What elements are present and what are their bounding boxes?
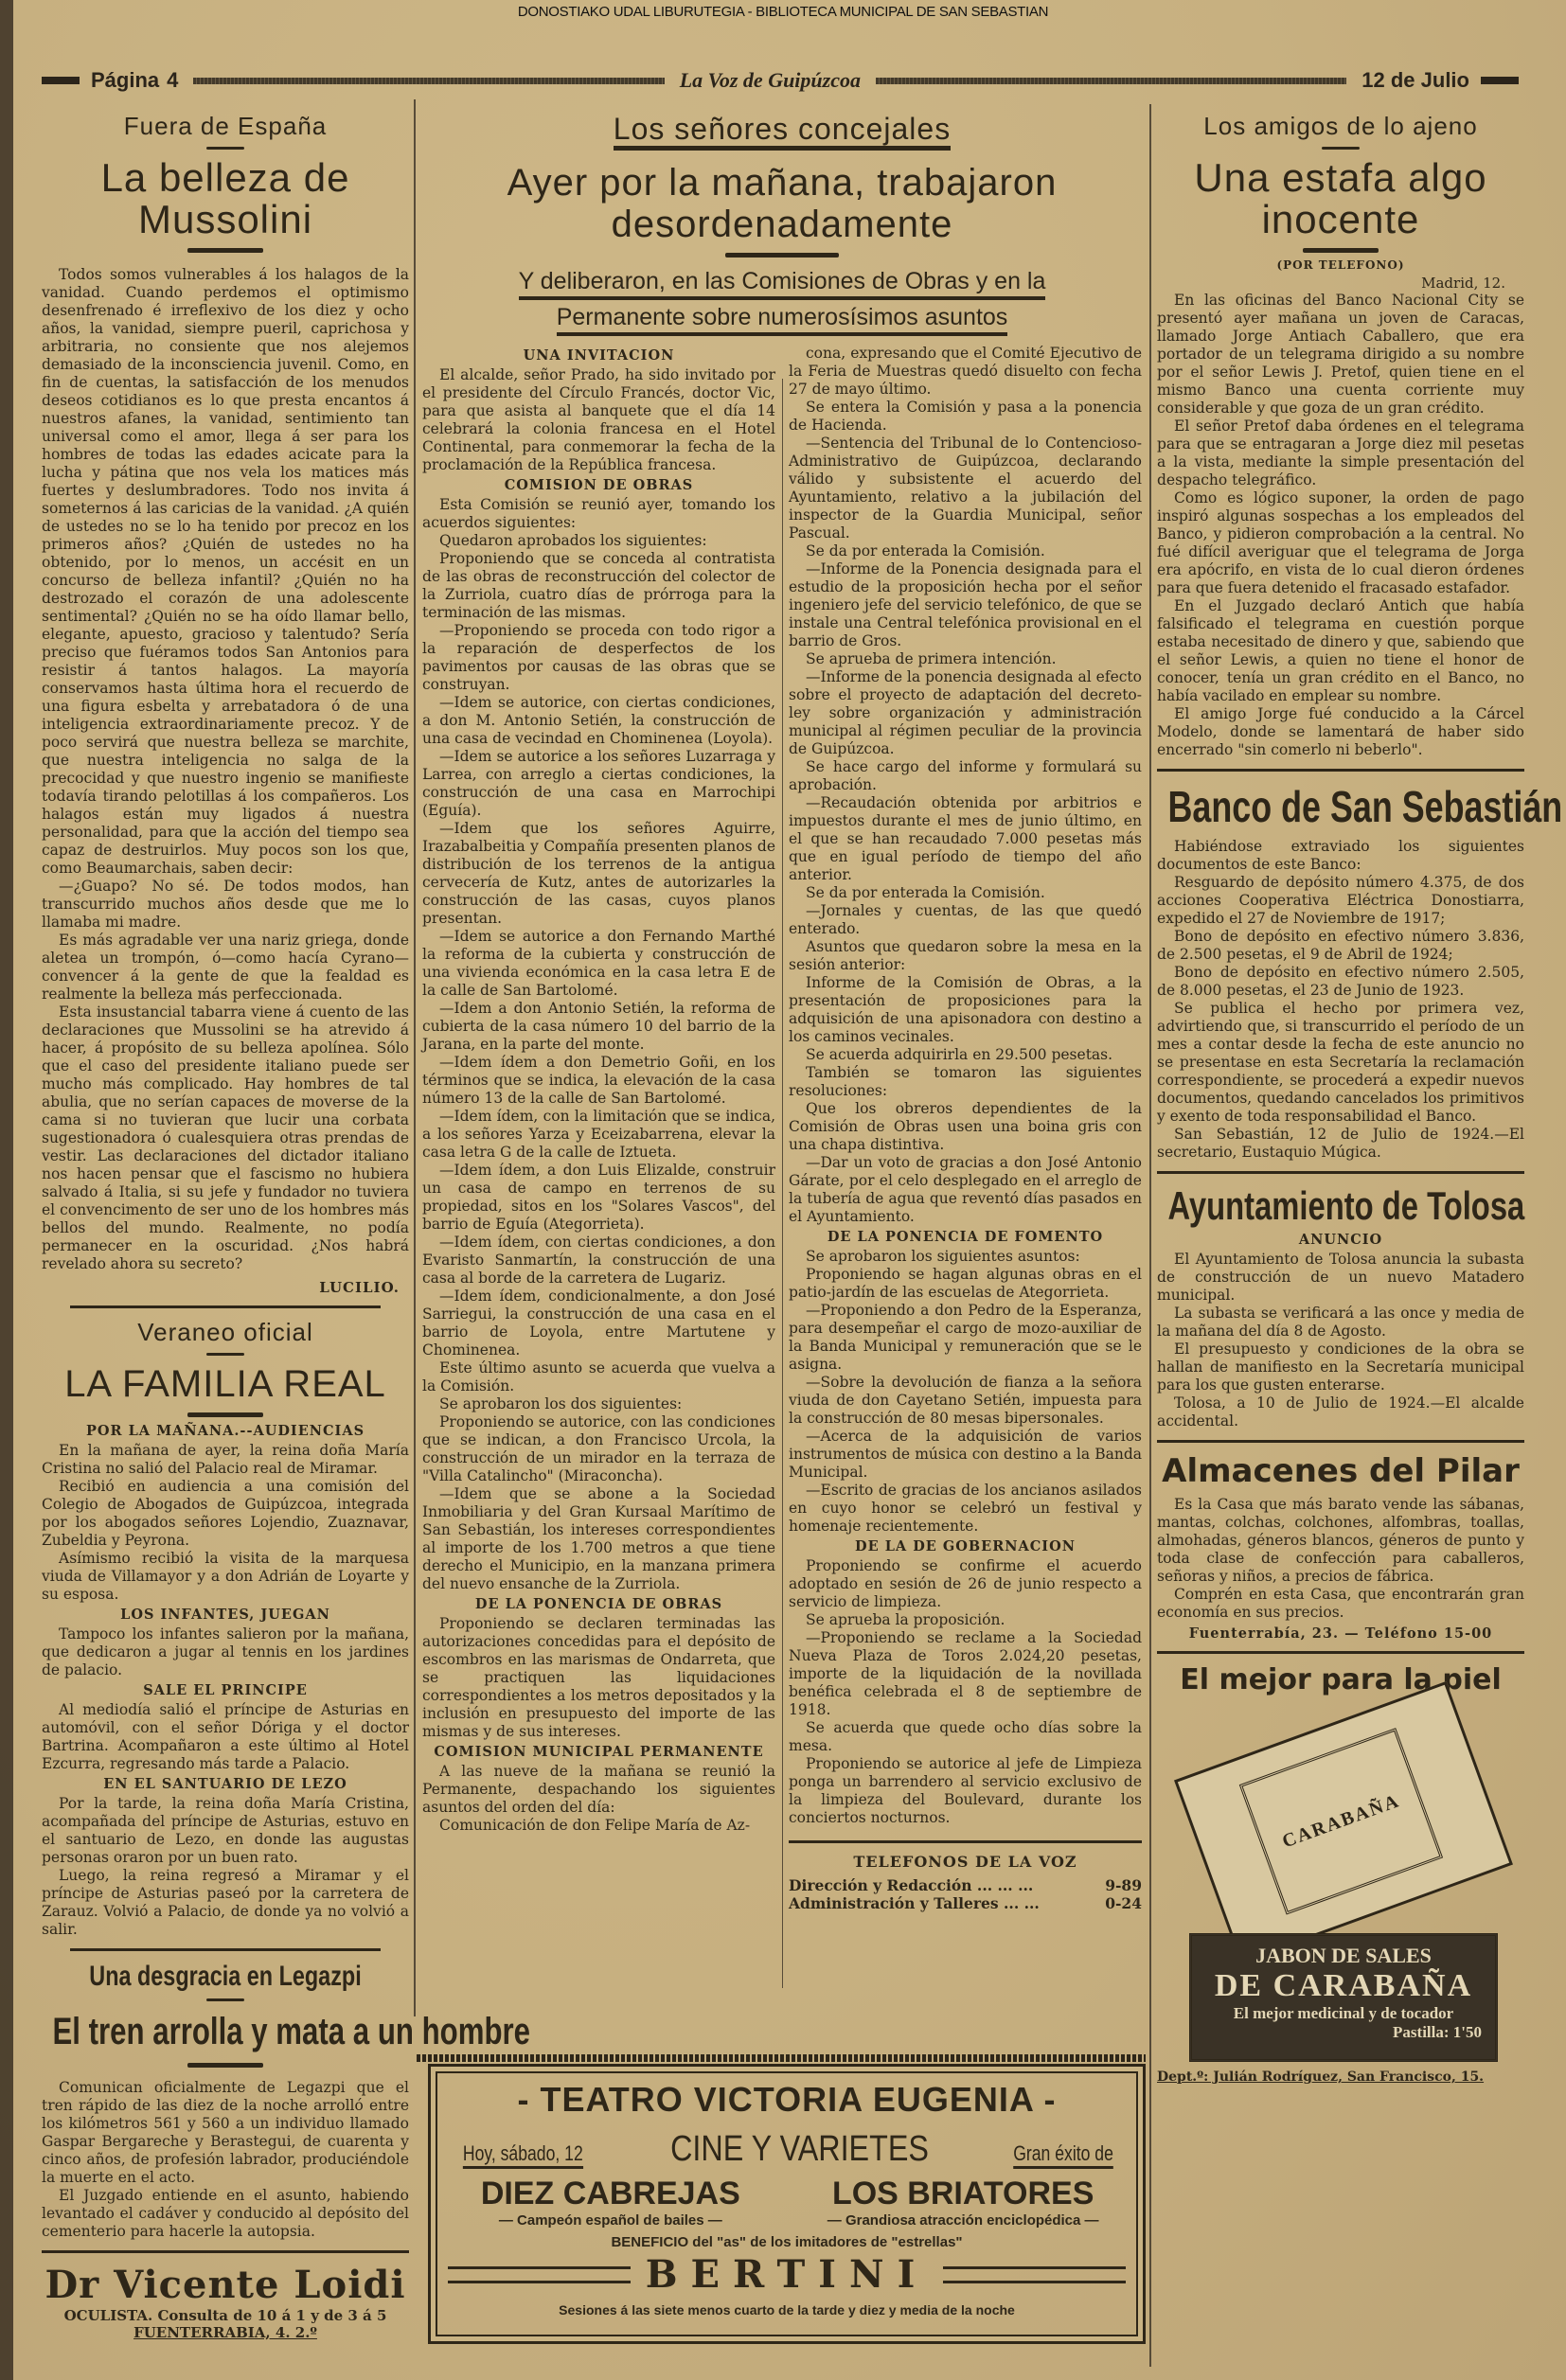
paragraph: Resguardo de depósito número 4.375, de d… [1157, 874, 1524, 928]
newspaper-name: La Voz de Guipúzcoa [680, 68, 861, 93]
paragraph: —Idem ídem, con la limitación que se ind… [422, 1108, 775, 1162]
paragraph: Habiéndose extraviado los siguientes doc… [1157, 838, 1524, 874]
section-subhead: DE LA DE GOBERNACION [789, 1538, 1142, 1554]
ad-almacenes-pilar: Almacenes del Pilar Es la Casa que más b… [1157, 1452, 1524, 1642]
paragraph: —Sobre la devolución de fianza a la seño… [789, 1374, 1142, 1428]
paragraph: Tampoco los infantes salieron por la mañ… [42, 1625, 409, 1679]
divider [70, 1305, 381, 1308]
divider [1157, 1171, 1524, 1174]
phone-label: Administración y Talleres ... ... [789, 1894, 1040, 1912]
paragraph: —Idem ídem, condicionalmente, a don José… [422, 1288, 775, 1359]
paragraph: —Recaudación obtenida por arbitrios e im… [789, 794, 1142, 884]
paragraph: El Ayuntamiento de Tolosa anuncia la sub… [1157, 1251, 1524, 1305]
article-estafa: Los amigos de lo ajeno Una estafa algo i… [1157, 112, 1524, 759]
paragraph: El señor Pretof daba órdenes en el teleg… [1157, 417, 1524, 489]
paragraph: Todos somos vulnerables á los halagos de… [42, 266, 409, 878]
article-body: Todos somos vulnerables á los halagos de… [42, 266, 409, 1273]
paragraph: —Sentencia del Tribunal de lo Contencios… [789, 435, 1142, 542]
article-body: POR LA MAÑANA.--AUDIENCIASEn la mañana d… [42, 1423, 409, 1939]
section-subhead: DE LA PONENCIA DE FOMENTO [789, 1229, 1142, 1245]
act-1-desc: — Campeón español de bailes — [448, 2212, 774, 2229]
masthead-rule [876, 78, 1346, 84]
ad-teatro-victoria-eugenia: - TEATRO VICTORIA EUGENIA - Hoy, sábado,… [428, 2064, 1146, 2344]
article-body: En las oficinas del Banco Nacional City … [1157, 292, 1524, 759]
paragraph: Se hace cargo del informe y formulará su… [789, 758, 1142, 794]
paragraph: Se da por enterada la Comisión. [789, 884, 1142, 902]
article-mussolini: Fuera de España La belleza de Mussolini … [42, 112, 409, 1296]
deck-line-1: Y deliberaron, en las Comisiones de Obra… [519, 268, 1046, 300]
divider [42, 2250, 409, 2253]
ad-title: Ayuntamiento de Tolosa [1167, 1183, 1513, 1229]
ornament [206, 1353, 244, 1356]
section-subhead: DE LA PONENCIA DE OBRAS [422, 1596, 775, 1612]
deck-line-2: Permanente sobre numerosísimos asuntos [557, 304, 1008, 336]
section-subhead: COMISION MUNICIPAL PERMANENTE [422, 1744, 775, 1760]
phones-list: Dirección y Redacción ... ... ...9-89Adm… [789, 1876, 1142, 1912]
ad-body: Es la Casa que más barato vende las sába… [1157, 1496, 1524, 1622]
wavy-divider [417, 2054, 1146, 2062]
article-kicker: Los señores concejales [422, 112, 1142, 147]
ornament [1322, 147, 1360, 150]
paragraph: —Proponiendo se proceda con todo rigor a… [422, 622, 775, 694]
paragraph: —Informe de la Ponencia designada para e… [789, 560, 1142, 650]
phone-number: 0-24 [1105, 1894, 1142, 1912]
article-deck: Y deliberaron, en las Comisiones de Obra… [422, 263, 1142, 335]
ad-dr-loidi: Dr Vicente Loidi OCULISTA. Consulta de 1… [42, 2263, 409, 2341]
paragraph: Se da por enterada la Comisión. [789, 542, 1142, 560]
paragraph: El presupuesto y condiciones de la obra … [1157, 1341, 1524, 1394]
article-signature: LUCILIO. [42, 1279, 400, 1296]
paragraph: —¿Guapo? No sé. De todos modos, han tran… [42, 878, 409, 932]
paragraph: —Jornales y cuentas, de las que quedó en… [789, 902, 1142, 938]
soap-label: CARABAÑA [1239, 1728, 1443, 1914]
ornament [1303, 248, 1379, 253]
paragraph: Esta insustancial tabarra viene á cuento… [42, 1004, 409, 1273]
act-1: DIEZ CABREJAS [448, 2176, 774, 2212]
paragraph: Se publica el hecho por primera vez, adv… [1157, 1000, 1524, 1126]
phones-title: TELEFONOS DE LA VOZ [789, 1853, 1142, 1871]
phone-number: 9-89 [1105, 1876, 1142, 1894]
ad-benefit: BENEFICIO del "as" de los imitadores de … [431, 2234, 1143, 2250]
paragraph: —Proponiendo se reclame a la Sociedad Nu… [789, 1629, 1142, 1719]
act-2-desc: — Grandiosa atracción enciclopédica — [800, 2212, 1126, 2229]
column-right: Los amigos de lo ajeno Una estafa algo i… [1157, 106, 1524, 2085]
ad-price: Pastilla: 1'50 [1192, 2023, 1482, 2042]
paragraph: San Sebastián, 12 de Julio de 1924.—El s… [1157, 1126, 1524, 1162]
phone-row: Administración y Talleres ... ...0-24 [789, 1894, 1142, 1912]
column-left: Fuera de España La belleza de Mussolini … [42, 106, 409, 2341]
article-headline: La belleza de Mussolini [42, 157, 409, 240]
masthead-ornament [42, 77, 80, 84]
paragraph: Recibió en audiencia a una comisión del … [42, 1478, 409, 1550]
paragraph: Se aprueba de primera intención. [789, 650, 1142, 668]
page-number: 4 [167, 68, 178, 93]
article-body-right: cona, expresando que el Comité Ejecutivo… [789, 345, 1142, 1827]
ornament [206, 147, 244, 150]
ad-title: Almacenes del Pilar [1157, 1452, 1524, 1490]
section-subhead: UNA INVITACION [422, 347, 775, 364]
column-divider [414, 99, 416, 2016]
paragraph: A las nueve de la mañana se reunió la Pe… [422, 1763, 775, 1817]
paragraph: Es más agradable ver una nariz griega, d… [42, 932, 409, 1004]
article-kicker: Una desgracia en Legazpi [82, 1961, 369, 1993]
act-2: LOS BRIATORES [800, 2176, 1126, 2212]
paragraph: —Idem ídem, con ciertas condiciones, a d… [422, 1234, 775, 1288]
paragraph: La subasta se verificará a las once y me… [1157, 1305, 1524, 1341]
section-subhead: LOS INFANTES, JUEGAN [42, 1607, 409, 1623]
paragraph: cona, expresando que el Comité Ejecutivo… [789, 345, 1142, 399]
divider [1157, 769, 1524, 772]
paragraph: Asuntos que quedaron sobre la mesa en la… [789, 938, 1142, 974]
ad-tagline: Gran éxito de [1013, 2141, 1113, 2169]
paragraph: Se acuerda adquirirla en 29.500 pesetas. [789, 1046, 1142, 1064]
ad-brand: DE CARABAÑA [1192, 1968, 1495, 2004]
ad-sessions: Sesiones á las siete menos cuarto de la … [431, 2302, 1143, 2318]
ornament [725, 253, 839, 258]
ad-address: FUENTERRABIA, 4. 2.º [42, 2324, 409, 2341]
paragraph: Bono de depósito en efectivo número 3.83… [1157, 928, 1524, 964]
paragraph: Proponiendo se hagan algunas obras en el… [789, 1266, 1142, 1302]
paragraph: Al mediodía salió el príncipe de Asturia… [42, 1701, 409, 1773]
article-tren: Una desgracia en Legazpi El tren arrolla… [42, 1961, 409, 2241]
ad-title: - TEATRO VICTORIA EUGENIA - [431, 2080, 1143, 2120]
paragraph: Se entera la Comisión y pasa a la ponenc… [789, 399, 1142, 435]
paragraph: Proponiendo se autorice, con las condici… [422, 1413, 775, 1485]
paragraph: Se acuerda que quede ocho días sobre la … [789, 1719, 1142, 1755]
divider [1157, 1440, 1524, 1443]
article-headline: El tren arrolla y mata a un hombre [52, 2011, 398, 2053]
ornament [187, 248, 263, 253]
paragraph: —Escrito de gracias de los ancianos asil… [789, 1482, 1142, 1536]
paragraph: —Idem que los señores Aguirre, Irazabalb… [422, 820, 775, 928]
article-body-right-wrap: cona, expresando que el Comité Ejecutivo… [789, 345, 1142, 1912]
ad-illustration: CARABAÑA JABON DE SALES DE CARABAÑA El m… [1161, 1706, 1521, 2066]
paragraph: —Idem se autorice, con ciertas condicion… [422, 694, 775, 748]
paragraph: —Idem que se abone a la Sociedad Inmobil… [422, 1485, 775, 1593]
section-subhead: POR LA MAÑANA.--AUDIENCIAS [42, 1423, 409, 1439]
paragraph: Proponiendo se confirme el acuerdo adopt… [789, 1557, 1142, 1611]
paragraph: Proponiendo se autorice al jefe de Limpi… [789, 1755, 1142, 1827]
page-edge [0, 0, 13, 2380]
paragraph: En la mañana de ayer, la reina doña Marí… [42, 1442, 409, 1478]
paragraph: —Informe de la ponencia designada al efe… [789, 668, 1142, 758]
paragraph: En las oficinas del Banco Nacional City … [1157, 292, 1524, 417]
paragraph: —Idem se autorice a los señores Luzarrag… [422, 748, 775, 820]
ad-depot: Dept.º: Julián Rodríguez, San Francisco,… [1157, 2069, 1524, 2085]
ad-jabon-carabana: El mejor para la piel CARABAÑA JABON DE … [1157, 1663, 1524, 2085]
paragraph: Quedaron aprobados los siguientes: [422, 532, 775, 550]
paragraph: Bono de depósito en efectivo número 2.50… [1157, 964, 1524, 1000]
section-subhead: EN EL SANTUARIO DE LEZO [42, 1776, 409, 1792]
paragraph: —Idem se autorice a don Fernando Marthé … [422, 928, 775, 1000]
ad-banco-san-sebastian: Banco de San Sebastián Habiéndose extrav… [1157, 781, 1524, 1162]
paragraph: Este último asunto se acuerda que vuelva… [422, 1359, 775, 1395]
masthead-ornament [1481, 77, 1519, 84]
ad-star: BERTINI [646, 2252, 929, 2297]
paragraph: Comunicación de don Felipe María de Az- [422, 1817, 775, 1835]
article-kicker: Veraneo oficial [42, 1318, 409, 1347]
paragraph: El Juzgado entiende en el asunto, habien… [42, 2187, 409, 2241]
ad-name: Dr Vicente Loidi [42, 2263, 409, 2307]
ad-body: El Ayuntamiento de Tolosa anuncia la sub… [1157, 1251, 1524, 1430]
paragraph: —Dar un voto de gracias a don José Anton… [789, 1154, 1142, 1226]
paragraph: Se aprobaron los siguientes asuntos: [789, 1248, 1142, 1266]
paragraph: —Idem ídem, a don Luis Elizalde, constru… [422, 1162, 775, 1234]
paragraph: Se aprobaron los dos siguientes: [422, 1395, 775, 1413]
column-divider [1149, 104, 1151, 2367]
article-body: Comunican oficialmente de Legazpi que el… [42, 2079, 409, 2241]
masthead: Página 4 La Voz de Guipúzcoa 12 de Julio [42, 68, 1519, 93]
paragraph: —Proponiendo a don Pedro de la Esperanza… [789, 1302, 1142, 1374]
article-source: (POR TELEFONO) [1157, 258, 1524, 272]
ad-hours: OCULISTA. Consulta de 10 á 1 y de 3 á 5 [42, 2307, 409, 2324]
article-familia-real: Veraneo oficial LA FAMILIA REAL POR LA M… [42, 1318, 409, 1939]
page-label: Página [91, 68, 159, 93]
article-columns: UNA INVITACIONEl alcalde, señor Prado, h… [422, 345, 1142, 1912]
ad-title: El mejor para la piel [1157, 1663, 1524, 1696]
section-subhead: SALE EL PRINCIPE [42, 1682, 409, 1698]
article-kicker: Los amigos de lo ajeno [1157, 112, 1524, 141]
issue-date: 12 de Julio [1361, 68, 1469, 93]
paragraph: Luego, la reina regresó a Miramar y el p… [42, 1867, 409, 1939]
ornament [187, 1412, 263, 1417]
paragraph: Por la tarde, la reina doña María Cristi… [42, 1795, 409, 1867]
article-headline: LA FAMILIA REAL [42, 1363, 409, 1405]
paragraph: Que los obreros dependientes de la Comis… [789, 1100, 1142, 1154]
section-subhead: COMISION DE OBRAS [422, 477, 775, 493]
paragraph: Proponiendo que se conceda al contratist… [422, 550, 775, 622]
library-banner: DONOSTIAKO UDAL LIBURUTEGIA - BIBLIOTECA… [0, 4, 1566, 20]
ad-date: Hoy, sábado, 12 [463, 2141, 583, 2169]
ad-rule [943, 2266, 1126, 2283]
column-center: Los señores concejales Ayer por la mañan… [422, 106, 1142, 1912]
paragraph: Informe de la Comisión de Obras, a la pr… [789, 974, 1142, 1046]
ad-ayuntamiento-tolosa: Ayuntamiento de Tolosa ANUNCIO El Ayunta… [1157, 1183, 1524, 1430]
paragraph: Se aprueba la proposición. [789, 1611, 1142, 1629]
ornament [206, 1998, 244, 2001]
paragraph: También se tomaron las siguientes resolu… [789, 1064, 1142, 1100]
article-dateline: Madrid, 12. [1157, 275, 1505, 292]
paragraph: Esta Comisión se reunió ayer, tomando lo… [422, 496, 775, 532]
phone-label: Dirección y Redacción ... ... ... [789, 1876, 1033, 1894]
paragraph: —Idem ídem a don Demetrio Goñi, en los t… [422, 1054, 775, 1108]
divider [1157, 1651, 1524, 1654]
ad-title: Banco de San Sebastián [1167, 781, 1513, 832]
phone-row: Dirección y Redacción ... ... ...9-89 [789, 1876, 1142, 1894]
paragraph: —Acerca de la adquisición de varios inst… [789, 1428, 1142, 1482]
paragraph: Comunican oficialmente de Legazpi que el… [42, 2079, 409, 2187]
paragraph: Como es lógico suponer, la orden de pago… [1157, 489, 1524, 597]
paragraph: —Idem a don Antonio Setién, la reforma d… [422, 1000, 775, 1054]
paragraph: El alcalde, señor Prado, ha sido invitad… [422, 366, 775, 474]
divider [70, 1948, 381, 1951]
article-kicker: Fuera de España [42, 112, 409, 141]
paragraph: Proponiendo se declaren terminadas las a… [422, 1615, 775, 1741]
ad-rule [448, 2266, 631, 2283]
paragraph: El amigo Jorge fué conducido a la Cárcel… [1157, 705, 1524, 759]
paragraph: Comprén en esta Casa, que encontrarán gr… [1157, 1586, 1524, 1622]
paragraph: Asímismo recibió la visita de la marques… [42, 1550, 409, 1604]
divider [789, 1840, 1142, 1843]
soap-bar-icon: CARABAÑA [1174, 1681, 1513, 1963]
ad-subtitle: ANUNCIO [1157, 1232, 1524, 1248]
masthead-rule [193, 78, 664, 84]
ad-address: Fuenterrabía, 23. — Teléfono 15-00 [1157, 1625, 1524, 1642]
ad-body: Habiéndose extraviado los siguientes doc… [1157, 838, 1524, 1162]
article-body-left: UNA INVITACIONEl alcalde, señor Prado, h… [422, 345, 775, 1912]
ad-product: JABON DE SALES [1192, 1944, 1495, 1968]
ad-banner: JABON DE SALES DE CARABAÑA El mejor medi… [1189, 1933, 1498, 2062]
paragraph: Tolosa, a 10 de Julio de 1924.—El alcald… [1157, 1394, 1524, 1430]
ad-program: CINE Y VARIETES [670, 2129, 929, 2170]
article-headline: Ayer por la mañana, trabajaron desordena… [422, 162, 1142, 245]
article-headline: Una estafa algo inocente [1157, 157, 1524, 240]
ornament [187, 2063, 263, 2068]
ad-claim: El mejor medicinal y de tocador [1192, 2004, 1495, 2023]
paragraph: Es la Casa que más barato vende las sába… [1157, 1496, 1524, 1586]
paragraph: En el Juzgado declaró Antich que había f… [1157, 597, 1524, 705]
